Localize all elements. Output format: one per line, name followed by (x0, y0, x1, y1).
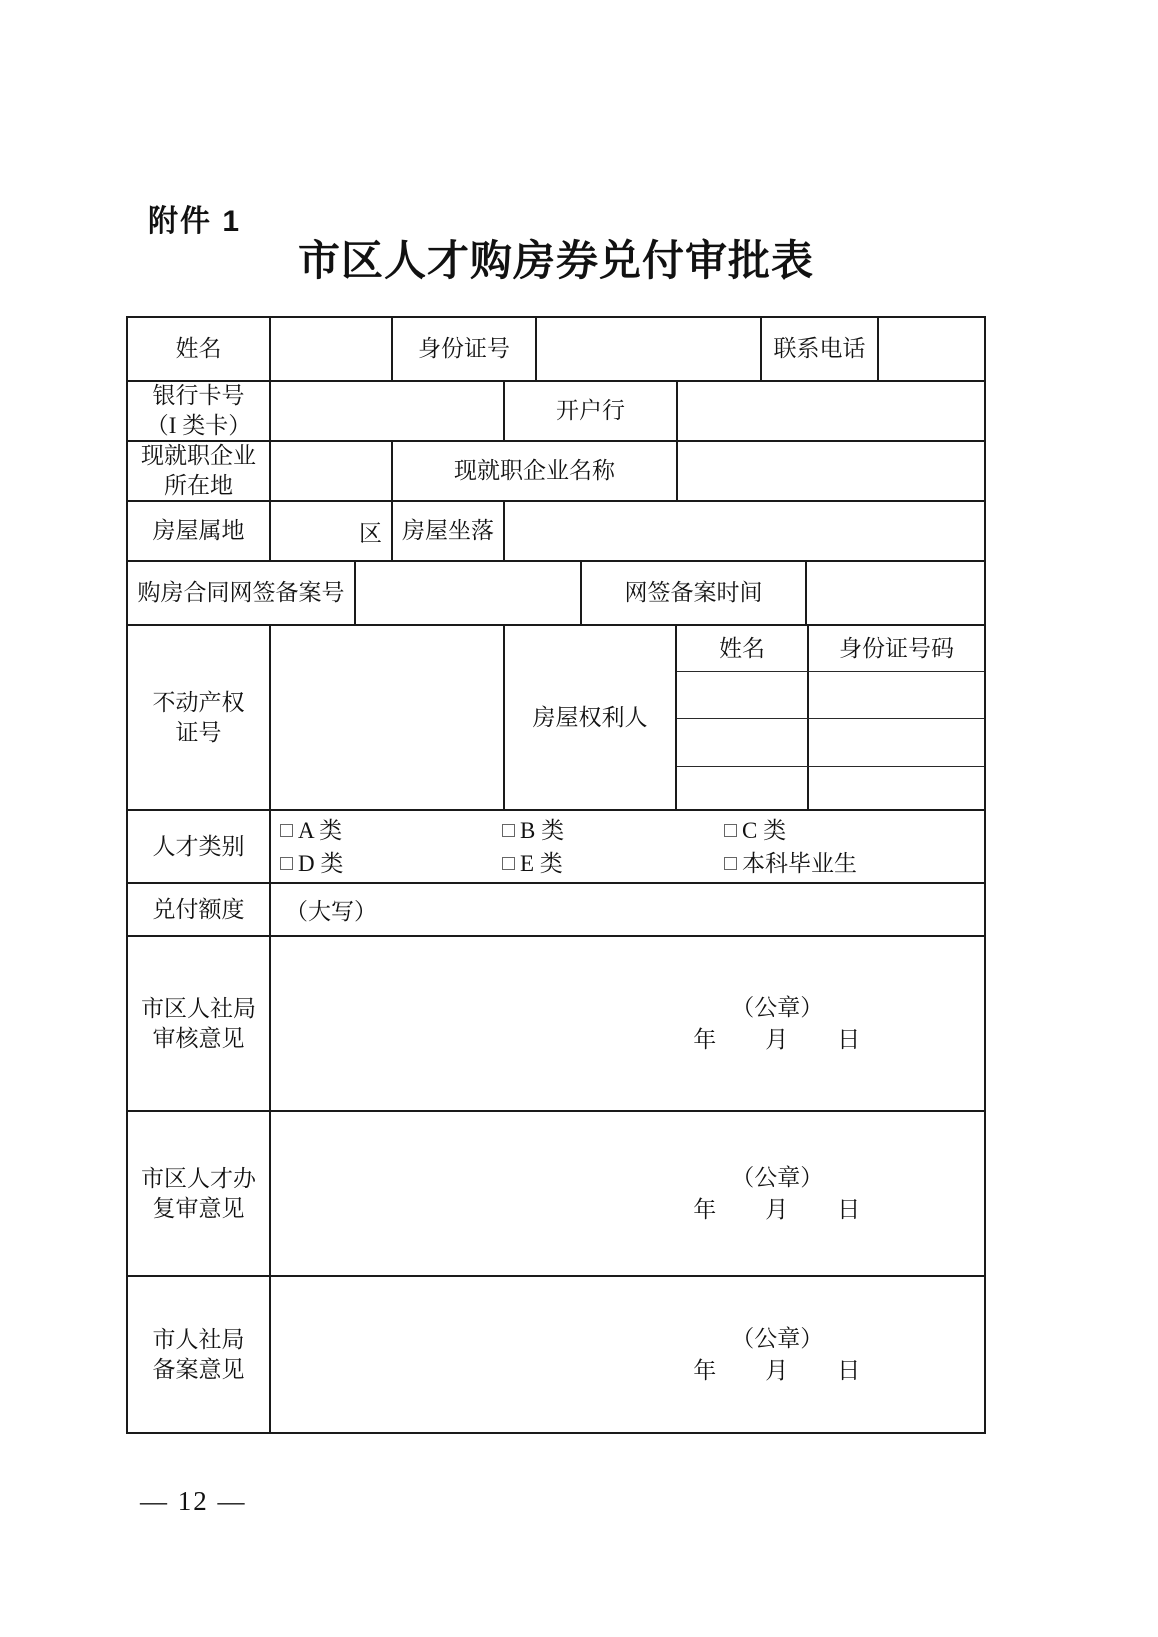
talent-option-e-label: E 类 (520, 847, 563, 880)
row-bank: 银行卡号 （I 类卡） 开户行 (128, 380, 984, 440)
talent-office-label: 市区人才办 复审意见 (128, 1112, 269, 1275)
amount-field[interactable]: （大写） (269, 884, 984, 935)
row-property: 不动产权 证号 房屋权利人 姓名 身份证号码 (128, 624, 984, 809)
row-contract: 购房合同网签备案号 网签备案时间 (128, 560, 984, 624)
talent-option-b-label: B 类 (520, 814, 564, 847)
contract-time-field[interactable] (805, 562, 984, 624)
talent-option-b[interactable]: B 类 (502, 814, 724, 847)
district-hr-label: 市区人社局 审核意见 (128, 937, 269, 1110)
talent-office-stamp-area: （公章） 年 月 日 (663, 1162, 891, 1226)
property-cert-field[interactable] (269, 626, 503, 809)
employer-location-label: 现就职企业 所在地 (128, 442, 269, 500)
contract-time-label: 网签备案时间 (580, 562, 805, 624)
talent-option-d[interactable]: D 类 (280, 847, 502, 880)
date-placeholder: 年 月 日 (663, 1355, 891, 1387)
amount-label: 兑付额度 (128, 884, 269, 935)
holder-row-1 (677, 671, 984, 718)
row-approval-city-hr: 市人社局 备案意见 （公章） 年 月 日 (128, 1275, 984, 1432)
holder-name-column-header: 姓名 (677, 626, 807, 671)
house-address-field[interactable] (503, 502, 984, 560)
talent-option-d-label: D 类 (298, 847, 343, 880)
talent-office-opinion-field[interactable]: （公章） 年 月 日 (269, 1112, 984, 1275)
property-holder-label: 房屋权利人 (503, 626, 675, 809)
bank-card-label: 银行卡号 （I 类卡） (128, 382, 269, 440)
seal-placeholder: （公章） (663, 992, 891, 1024)
employer-company-label: 现就职企业名称 (391, 442, 676, 500)
contract-no-label: 购房合同网签备案号 (128, 562, 354, 624)
city-hr-opinion-field[interactable]: （公章） 年 月 日 (269, 1277, 984, 1432)
row-amount: 兑付额度 （大写） (128, 882, 984, 935)
city-hr-label: 市人社局 备案意见 (128, 1277, 269, 1432)
talent-options: A 类 B 类 C 类 D 类 E 类 本科毕业生 (269, 811, 984, 882)
employer-location-field[interactable] (269, 442, 391, 500)
checkbox-undergrad-icon[interactable] (724, 857, 737, 870)
talent-option-undergrad-label: 本科毕业生 (742, 847, 857, 880)
holder-3-id-field[interactable] (807, 767, 984, 809)
page-title: 市区人才购房券兑付审批表 (126, 228, 986, 288)
talent-option-a-label: A 类 (298, 814, 342, 847)
holder-1-id-field[interactable] (807, 672, 984, 718)
document-page: 附件 1 市区人才购房券兑付审批表 姓名 身份证号 联系电话 银行卡号 （I 类… (0, 0, 1158, 1637)
seal-placeholder: （公章） (663, 1162, 891, 1194)
bank-card-field[interactable] (269, 382, 503, 440)
page-number: — 12 — (140, 1486, 247, 1517)
talent-category-label: 人才类别 (128, 811, 269, 882)
house-district-field[interactable]: 区 (269, 502, 391, 560)
checkbox-c-icon[interactable] (724, 824, 737, 837)
checkbox-b-icon[interactable] (502, 824, 515, 837)
checkbox-d-icon[interactable] (280, 857, 293, 870)
talent-options-line-1: A 类 B 类 C 类 (280, 814, 984, 847)
checkbox-e-icon[interactable] (502, 857, 515, 870)
holder-row-2 (677, 718, 984, 766)
amount-prefix: （大写） (285, 893, 377, 926)
talent-option-c[interactable]: C 类 (724, 814, 984, 847)
talent-options-line-2: D 类 E 类 本科毕业生 (280, 847, 984, 880)
holder-header-row: 姓名 身份证号码 (677, 626, 984, 671)
talent-option-undergrad[interactable]: 本科毕业生 (724, 847, 984, 880)
id-number-field[interactable] (535, 318, 760, 380)
holder-2-id-field[interactable] (807, 719, 984, 766)
row-approval-district-hr: 市区人社局 审核意见 （公章） 年 月 日 (128, 935, 984, 1110)
row-approval-talent-office: 市区人才办 复审意见 （公章） 年 月 日 (128, 1110, 984, 1275)
approval-form-table: 姓名 身份证号 联系电话 银行卡号 （I 类卡） 开户行 现就职企业 所在地 现… (126, 316, 986, 1434)
phone-field[interactable] (877, 318, 984, 380)
property-holder-grid: 姓名 身份证号码 (675, 626, 984, 809)
date-placeholder: 年 月 日 (663, 1024, 891, 1056)
property-cert-label: 不动产权 证号 (128, 626, 269, 809)
date-placeholder: 年 月 日 (663, 1194, 891, 1226)
bank-branch-field[interactable] (676, 382, 984, 440)
house-district-suffix: 区 (359, 515, 382, 548)
seal-placeholder: （公章） (663, 1323, 891, 1355)
bank-branch-label: 开户行 (503, 382, 676, 440)
district-hr-stamp-area: （公章） 年 月 日 (663, 992, 891, 1056)
contract-no-field[interactable] (354, 562, 580, 624)
holder-3-name-field[interactable] (677, 767, 807, 809)
name-field[interactable] (269, 318, 391, 380)
phone-label: 联系电话 (760, 318, 877, 380)
checkbox-a-icon[interactable] (280, 824, 293, 837)
row-applicant: 姓名 身份证号 联系电话 (128, 318, 984, 380)
name-label: 姓名 (128, 318, 269, 380)
house-address-label: 房屋坐落 (391, 502, 503, 560)
row-employer: 现就职企业 所在地 现就职企业名称 (128, 440, 984, 500)
holder-2-name-field[interactable] (677, 719, 807, 766)
district-hr-opinion-field[interactable]: （公章） 年 月 日 (269, 937, 984, 1110)
id-number-label: 身份证号 (391, 318, 535, 380)
row-house: 房屋属地 区 房屋坐落 (128, 500, 984, 560)
talent-option-e[interactable]: E 类 (502, 847, 724, 880)
talent-option-c-label: C 类 (742, 814, 786, 847)
employer-company-field[interactable] (676, 442, 984, 500)
row-talent-category: 人才类别 A 类 B 类 C 类 D 类 E 类 本科毕业生 (128, 809, 984, 882)
holder-id-column-header: 身份证号码 (807, 626, 984, 671)
talent-option-a[interactable]: A 类 (280, 814, 502, 847)
city-hr-stamp-area: （公章） 年 月 日 (663, 1323, 891, 1387)
holder-row-3 (677, 766, 984, 809)
holder-1-name-field[interactable] (677, 672, 807, 718)
house-district-label: 房屋属地 (128, 502, 269, 560)
